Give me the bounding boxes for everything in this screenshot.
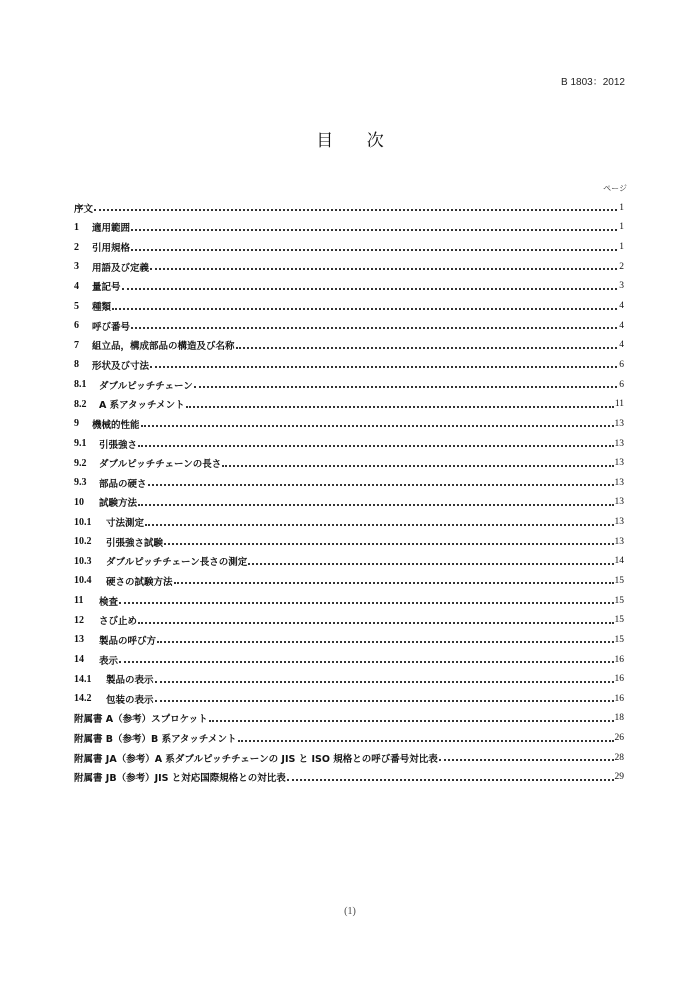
toc-entry-page: 13 <box>615 439 625 449</box>
toc-entry-label: 適用範囲 <box>92 220 130 234</box>
toc-entry[interactable]: 10.1寸法測定13 <box>74 512 624 532</box>
toc-entry-number: 10 <box>74 497 99 508</box>
toc-entry[interactable]: 9機械的性能13 <box>74 414 624 434</box>
dot-leader <box>164 542 613 545</box>
toc-entry-number: 8 <box>74 359 92 370</box>
dot-leader <box>194 385 617 388</box>
toc-entry-page: 2 <box>618 262 624 272</box>
toc-entry-label: 硬さの試験方法 <box>106 574 173 588</box>
toc-entry-page: 15 <box>615 635 625 645</box>
dot-leader <box>238 739 614 742</box>
toc-entry[interactable]: 13製品の呼び方15 <box>74 630 624 650</box>
toc-entry-page: 13 <box>615 497 625 507</box>
dot-leader <box>222 464 613 467</box>
toc-entry[interactable]: 9.1引張強さ13 <box>74 434 624 454</box>
toc-entry-page: 11 <box>615 399 624 409</box>
toc-entry-label: 附属書 JB（参考）JIS と対応国際規格との対比表 <box>74 770 286 784</box>
toc-entry[interactable]: 8.1ダブルピッチチェーン6 <box>74 375 624 395</box>
dot-leader <box>155 699 614 702</box>
toc-entry-page: 3 <box>618 281 624 291</box>
toc-entry-page: 13 <box>615 419 625 429</box>
toc-entry-number: 1 <box>74 222 92 233</box>
toc-entry[interactable]: 6呼び番号4 <box>74 316 624 336</box>
toc-entry-number: 10.1 <box>74 517 106 528</box>
toc-entry[interactable]: 14.2包装の表示16 <box>74 689 624 709</box>
toc-entry-label: ダブルピッチチェーンの長さ <box>99 456 221 470</box>
dot-leader <box>122 287 617 290</box>
toc-entry[interactable]: 9.3部品の硬さ13 <box>74 473 624 493</box>
toc-entry[interactable]: 8形状及び寸法6 <box>74 355 624 375</box>
toc-entry-page: 1 <box>618 222 624 232</box>
toc-entry-label: 包装の表示 <box>106 692 154 706</box>
toc-entry-label: 形状及び寸法 <box>92 358 149 372</box>
toc-entry[interactable]: 11検査15 <box>74 591 624 611</box>
toc-entry-page: 6 <box>618 360 624 370</box>
toc-entry[interactable]: 10.4硬さの試験方法15 <box>74 571 624 591</box>
toc-entry-number: 2 <box>74 242 92 253</box>
toc-entry-number: 11 <box>74 595 99 606</box>
toc-entry-label: 表示 <box>99 653 118 667</box>
toc-entry-label: 引用規格 <box>92 240 130 254</box>
toc-entry-label: 用語及び定義 <box>92 260 149 274</box>
toc-entry-label: 引張強さ試験 <box>106 535 163 549</box>
toc-entry-number: 6 <box>74 320 92 331</box>
toc-entry[interactable]: 10.2引張強さ試験13 <box>74 532 624 552</box>
dot-leader <box>287 778 614 781</box>
toc-entry-label: 種類 <box>92 299 111 313</box>
dot-leader <box>186 405 614 408</box>
toc-entry-page: 29 <box>615 772 625 782</box>
page-number: (1) <box>0 906 700 917</box>
toc-entry-number: 14.1 <box>74 674 106 685</box>
toc-entry-number: 4 <box>74 281 92 292</box>
toc-entry-page: 1 <box>618 242 624 252</box>
toc-entry-page: 1 <box>618 203 624 213</box>
dot-leader <box>138 503 613 506</box>
toc-entry[interactable]: 2引用規格1 <box>74 237 624 257</box>
dot-leader <box>150 267 617 270</box>
dot-leader <box>148 483 614 486</box>
dot-leader <box>248 562 613 565</box>
dot-leader <box>94 208 617 211</box>
toc-entry-label: 引張強さ <box>99 437 137 451</box>
toc-entry-page: 6 <box>618 380 624 390</box>
toc-entry-label: A 系アタッチメント <box>99 397 185 411</box>
toc-entry-label: 附属書 B（参考）B 系アタッチメント <box>74 731 237 745</box>
toc-entry-page: 13 <box>615 458 625 468</box>
toc-entry-number: 9.1 <box>74 438 99 449</box>
toc-entry[interactable]: 14表示16 <box>74 650 624 670</box>
toc-entry-number: 9 <box>74 418 92 429</box>
dot-leader <box>174 581 614 584</box>
dot-leader <box>157 640 613 643</box>
dot-leader <box>150 365 617 368</box>
toc-entry-label: 検査 <box>99 594 118 608</box>
toc-entry-label: 呼び番号 <box>92 319 130 333</box>
toc-entry-number: 10.4 <box>74 575 106 586</box>
dot-leader <box>138 444 613 447</box>
toc-entry-page: 26 <box>615 733 625 743</box>
toc-entry-label: 寸法測定 <box>106 515 144 529</box>
toc-entry-label: ダブルピッチチェーン長さの測定 <box>106 554 247 568</box>
toc-entry-number: 12 <box>74 615 99 626</box>
dot-leader <box>209 719 614 722</box>
toc-entry-number: 10.2 <box>74 536 106 547</box>
toc-entry[interactable]: 9.2ダブルピッチチェーンの長さ13 <box>74 453 624 473</box>
toc-entry[interactable]: 序文1 <box>74 198 624 218</box>
toc-entry-page: 4 <box>618 321 624 331</box>
toc-entry-number: 14 <box>74 654 99 665</box>
toc-entry-page: 13 <box>615 517 625 527</box>
toc-entry-label: 附属書 A（参考）スプロケット <box>74 711 208 725</box>
toc-entry-page: 13 <box>615 478 625 488</box>
toc-entry-page: 15 <box>615 615 625 625</box>
dot-leader <box>141 424 614 427</box>
toc-entry-number: 10.3 <box>74 556 106 567</box>
page-column-label: ページ <box>603 183 627 194</box>
toc-entry-page: 4 <box>618 340 624 350</box>
toc-entry[interactable]: 8.2A 系アタッチメント11 <box>74 394 624 414</box>
toc-entry-page: 13 <box>615 537 625 547</box>
dot-leader <box>155 680 614 683</box>
toc-entry-label: ダブルピッチチェーン <box>99 378 193 392</box>
dot-leader <box>112 307 617 310</box>
toc-entry-label: さび止め <box>99 613 137 627</box>
toc-entry-number: 3 <box>74 261 92 272</box>
toc-entry[interactable]: 10.3ダブルピッチチェーン長さの測定14 <box>74 552 624 572</box>
dot-leader <box>138 621 613 624</box>
standard-number: B 1803：2012 <box>561 73 625 88</box>
dot-leader <box>119 660 613 663</box>
page-title: 目 次 <box>0 126 700 151</box>
toc-entry-number: 5 <box>74 301 92 312</box>
toc-entry-label: 試験方法 <box>99 495 137 509</box>
toc-entry[interactable]: 附属書 B（参考）B 系アタッチメント26 <box>74 728 624 748</box>
table-of-contents: 序文11適用範囲12引用規格13用語及び定義24量記号35種類46呼び番号47組… <box>74 198 624 787</box>
toc-entry-label: 部品の硬さ <box>99 476 147 490</box>
toc-entry-number: 8.1 <box>74 379 99 390</box>
toc-entry[interactable]: 14.1製品の表示16 <box>74 669 624 689</box>
toc-entry-label: 量記号 <box>92 279 121 293</box>
dot-leader <box>131 248 617 251</box>
toc-entry-number: 9.3 <box>74 477 99 488</box>
toc-entry-label: 製品の呼び方 <box>99 633 156 647</box>
toc-entry-label: 序文 <box>74 201 93 215</box>
toc-entry[interactable]: 3用語及び定義2 <box>74 257 624 277</box>
toc-entry-page: 16 <box>615 674 625 684</box>
dot-leader <box>131 326 617 329</box>
toc-entry[interactable]: 附属書 JA（参考）A 系ダブルピッチチェーンの JIS と ISO 規格との呼… <box>74 748 624 768</box>
toc-entry[interactable]: 附属書 JB（参考）JIS と対応国際規格との対比表29 <box>74 768 624 788</box>
toc-entry-page: 16 <box>615 655 625 665</box>
toc-entry[interactable]: 4量記号3 <box>74 277 624 297</box>
toc-entry-label: 組立品，構成部品の構造及び名称 <box>92 338 235 352</box>
toc-entry-page: 15 <box>615 596 625 606</box>
toc-entry-page: 14 <box>615 556 625 566</box>
dot-leader <box>145 523 613 526</box>
toc-entry-number: 14.2 <box>74 693 106 704</box>
toc-entry[interactable]: 5種類4 <box>74 296 624 316</box>
toc-entry-page: 18 <box>615 713 625 723</box>
dot-leader <box>131 228 617 231</box>
toc-entry-number: 9.2 <box>74 458 99 469</box>
toc-entry-label: 製品の表示 <box>106 672 154 686</box>
toc-entry-label: 附属書 JA（参考）A 系ダブルピッチチェーンの JIS と ISO 規格との呼… <box>74 751 438 765</box>
toc-entry[interactable]: 7組立品，構成部品の構造及び名称4 <box>74 335 624 355</box>
toc-entry-label: 機械的性能 <box>92 417 140 431</box>
toc-entry-page: 4 <box>618 301 624 311</box>
toc-entry[interactable]: 12さび止め15 <box>74 610 624 630</box>
toc-entry[interactable]: 1適用範囲1 <box>74 218 624 238</box>
toc-entry-page: 16 <box>615 694 625 704</box>
toc-entry[interactable]: 10試験方法13 <box>74 493 624 513</box>
toc-entry-number: 7 <box>74 340 92 351</box>
dot-leader <box>119 601 613 604</box>
dot-leader <box>439 758 614 761</box>
toc-entry-number: 8.2 <box>74 399 99 410</box>
dot-leader <box>236 346 617 349</box>
toc-entry-page: 28 <box>615 753 625 763</box>
toc-entry-page: 15 <box>615 576 625 586</box>
toc-entry[interactable]: 附属書 A（参考）スプロケット18 <box>74 709 624 729</box>
toc-entry-number: 13 <box>74 634 99 645</box>
